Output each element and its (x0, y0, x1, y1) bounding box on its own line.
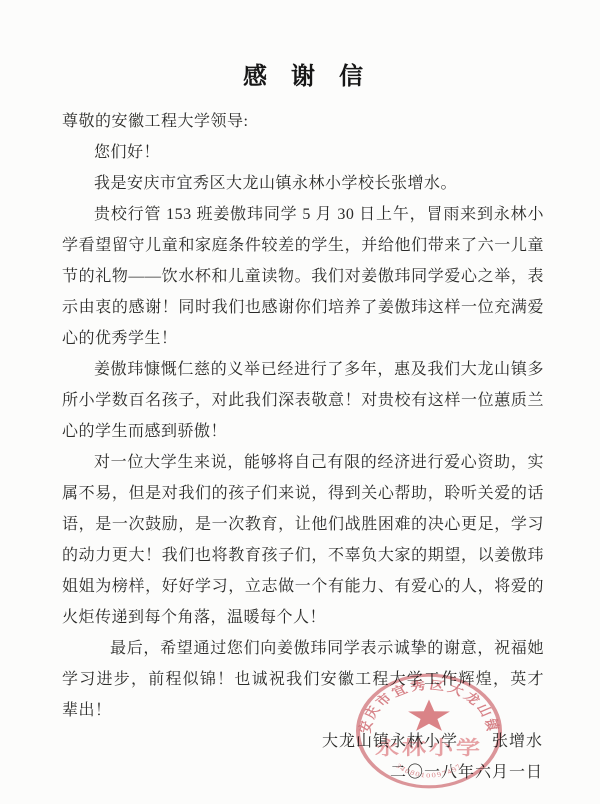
seal-ring (358, 675, 500, 787)
seal-name-text: 永林小学 (375, 736, 483, 758)
body-line: 所小学数百名孩子，对此我们深表敬意！对贵校有这样一位蕙质兰 (62, 385, 544, 416)
seal-code-text: 3408010097497 (394, 762, 465, 779)
letter-title: 感 谢 信 (62, 56, 544, 91)
body-line: 的动力更大！我们也将教育孩子们，不辜负大家的期望，以姜傲玮 (62, 540, 544, 571)
body-line: 您们好！ (62, 137, 544, 168)
body-line: 最后，希望通过您们向姜傲玮同学表示诚挚的谢意，祝福她 (62, 633, 544, 664)
body-line: 姐姐为榜样，好好学习，立志做一个有能力、有爱心的人，将爱的 (62, 571, 544, 602)
body-line: 属不易，但是对我们的孩子们来说，得到关心帮助，聆听关爱的话 (62, 478, 544, 509)
seal-star-icon (408, 700, 450, 731)
body-line: 学看望留守儿童和家庭条件较差的学生，并给他们带来了六一儿童 (62, 230, 544, 261)
body-line: 示由衷的感谢！同时我们也感谢你们培养了姜傲玮这样一位充满爱 (62, 292, 544, 323)
body-line: 心的优秀学生！ (62, 323, 544, 354)
body-line: 我是安庆市宜秀区大龙山镇永林小学校长张增水。 (62, 168, 544, 199)
letter-content: 感 谢 信 尊敬的安徽工程大学领导: 您们好！ 我是安庆市宜秀区大龙山镇永林小学… (0, 0, 600, 788)
greeting-line: 尊敬的安徽工程大学领导: (62, 106, 544, 137)
body-line: 语，是一次鼓励，是一次教育，让他们战胜困难的决心更足，学习 (62, 509, 544, 540)
body-line: 节的礼物——饮水杯和儿童读物。我们对姜傲玮同学爱心之举，表 (62, 261, 544, 292)
body-line: 火炬传递到每个角落，温暖每个人！ (62, 602, 544, 633)
body-line: 贵校行管 153 班姜傲玮同学 5 月 30 日上午，冒雨来到永林小 (62, 199, 544, 230)
scanned-letter-page: 感 谢 信 尊敬的安徽工程大学领导: 您们好！ 我是安庆市宜秀区大龙山镇永林小学… (0, 0, 600, 804)
official-seal: 安庆市宜秀区大龙山镇 永林小学 3408010097497 (354, 672, 504, 790)
body-line: 心的学生而感到骄傲！ (62, 416, 544, 447)
body-line: 姜傲玮慷慨仁慈的义举已经进行了多年，惠及我们大龙山镇多 (62, 354, 544, 385)
body-line: 对一位大学生来说，能够将自己有限的经济进行爱心资助，实 (62, 447, 544, 478)
